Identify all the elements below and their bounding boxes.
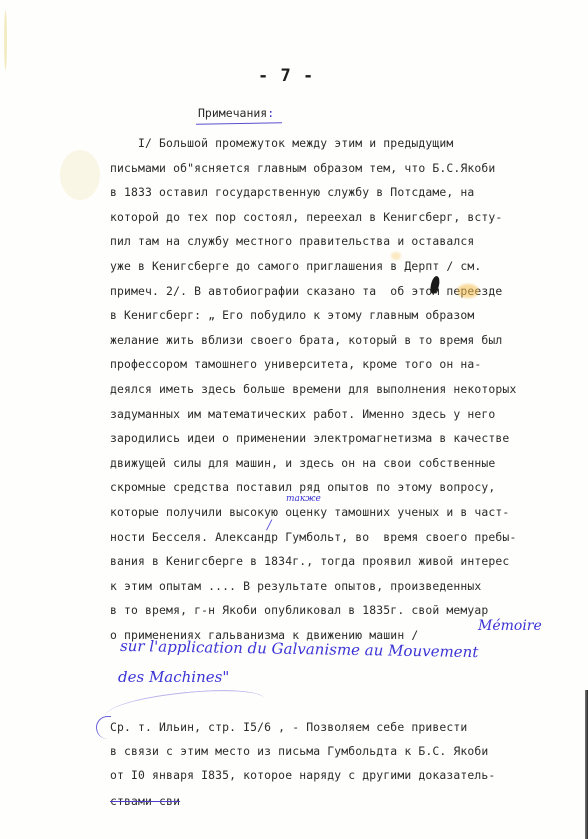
text-line: I/ Большой промежуток между этим и преды…: [110, 136, 453, 150]
text-line: письмами об"ясняется главным образом тем…: [110, 161, 495, 175]
text-line: деялся иметь здесь больше времени для вы…: [110, 382, 516, 396]
scanned-page: - 7 - Примечания: I/ Большой промежуток …: [0, 0, 588, 839]
text-line: ствами сви: [110, 794, 180, 808]
text-line: задуманных им математических работ. Имен…: [110, 407, 495, 421]
scan-speck: [60, 150, 100, 200]
heading-mark: :: [267, 106, 274, 120]
handwritten-title-2: sur l'application du Galvanisme au Mouve…: [120, 637, 479, 661]
text-line: зародились идеи о применении электромагн…: [110, 431, 509, 445]
handwritten-bracket: [96, 716, 111, 739]
heading-text: Примечания: [198, 106, 267, 120]
notes-heading: Примечания:: [198, 106, 274, 120]
text-line: в то время, г-н Якоби опубликовал в 1835…: [110, 603, 488, 617]
text-line: профессором тамошнего университета, кром…: [110, 357, 481, 371]
handwritten-title-3: des Machines": [118, 668, 229, 686]
text-line: Ср. т. Ильин, стр. I5/6 , - Позволяем се…: [110, 720, 467, 734]
text-line: которые получили высокую оценку тамошних…: [110, 505, 509, 519]
handwritten-insert: также: [286, 494, 321, 504]
text-line: движущей силы для машин, и здесь он на с…: [110, 456, 495, 470]
paper-stain: [391, 252, 401, 260]
handwritten-mark: /: [267, 518, 271, 533]
text-line: пил там на службу местного правительства…: [110, 234, 474, 248]
text-line: к этим опытам .... В результате опытов, …: [110, 579, 481, 593]
text-line: в 1833 оставил государственную службу в …: [110, 185, 474, 199]
text-line: уже в Кенигсберге до самого приглашения …: [110, 259, 481, 273]
text-line: вания в Кенигсберге в 1834г., тогда проя…: [110, 554, 509, 568]
text-line: примеч. 2/. В автобиографии сказано та о…: [110, 284, 502, 298]
paper-stain: [457, 284, 479, 298]
text-line: желание жить вблизи своего брата, которы…: [110, 333, 502, 347]
text-line: скромные средства поставил ряд опытов по…: [110, 480, 495, 494]
scan-speck: [4, 10, 7, 70]
handwritten-title-1: Mémoire: [478, 618, 542, 634]
text-line: в связи с этим место из письма Гумбольдт…: [110, 744, 488, 758]
text-line: ности Бесселя. Александр Гумбольт, во вр…: [110, 530, 516, 544]
page-number: - 7 -: [258, 66, 314, 86]
text-line: от I0 января I835, которое наряду с друг…: [110, 768, 495, 782]
text-line: в Кенигсберг: „ Его побудило к этому гла…: [110, 308, 474, 322]
handwritten-underline: [196, 122, 282, 125]
text-line: которой до тех пор состоял, переехал в К…: [110, 210, 502, 224]
